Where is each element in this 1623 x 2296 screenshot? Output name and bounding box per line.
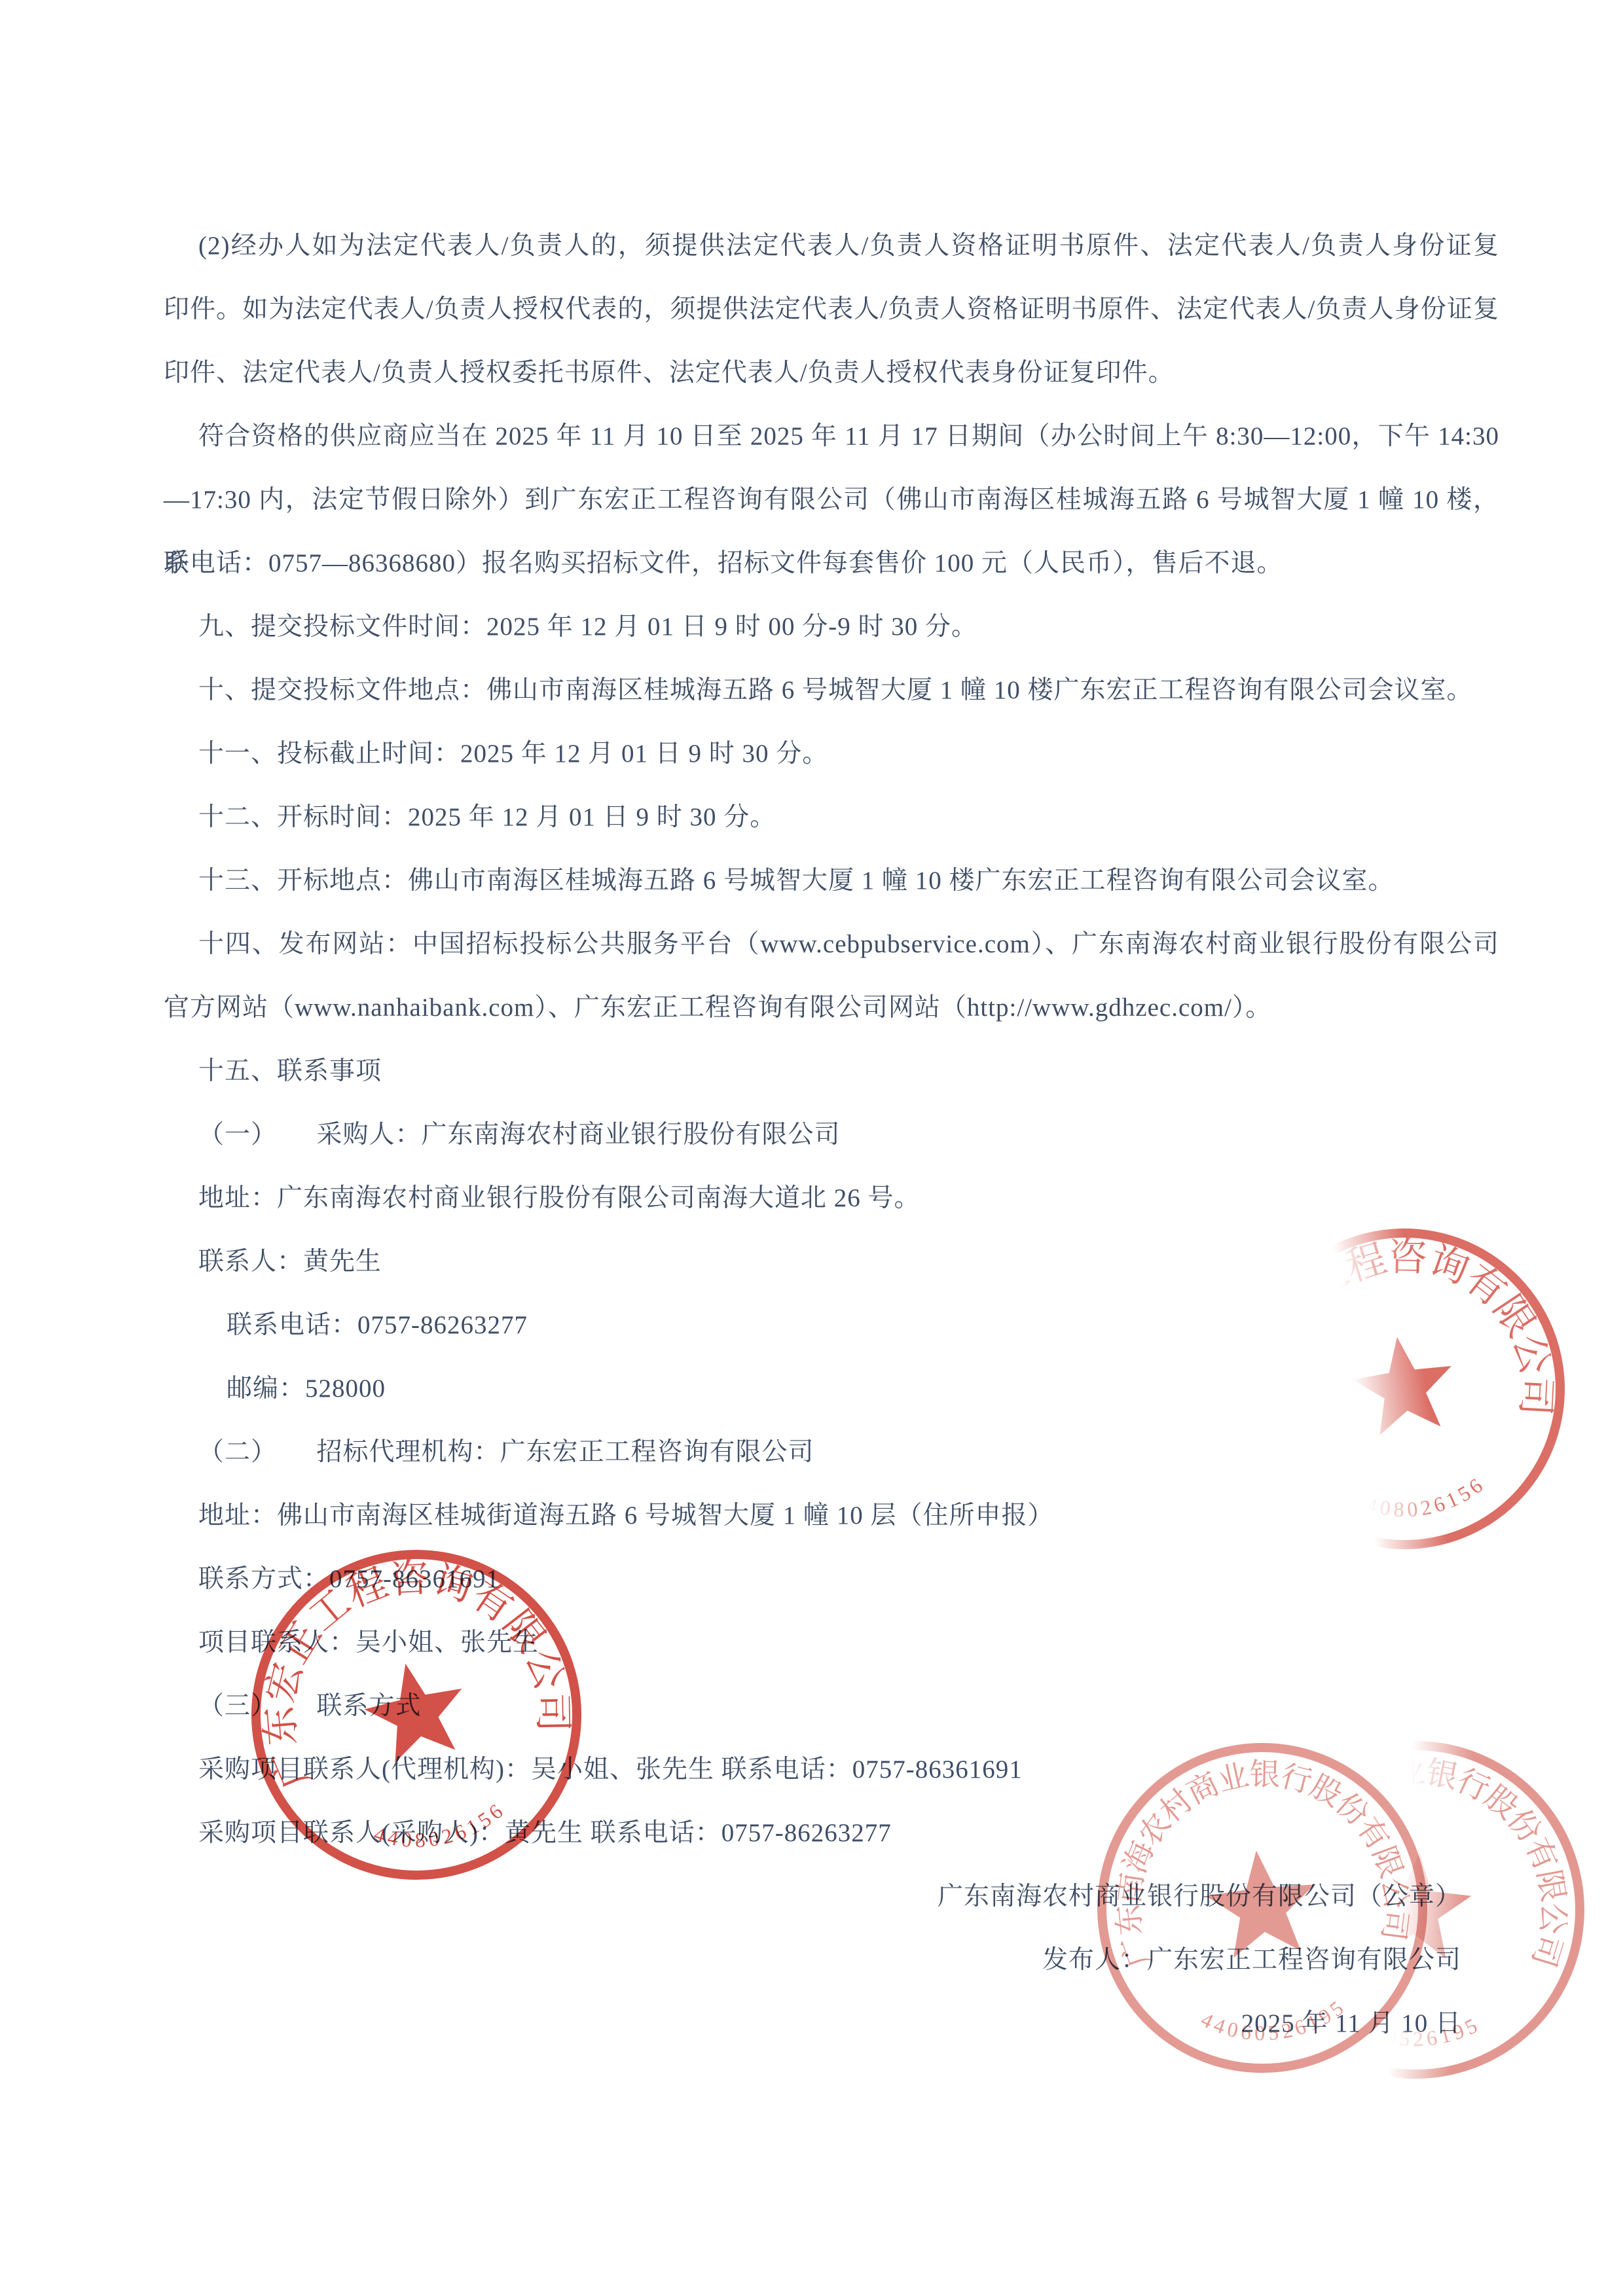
document-line: （一） 采购人：广东南海农村商业银行股份有限公司 bbox=[164, 1103, 1499, 1166]
document-line: 符合资格的供应商应当在 2025 年 11 月 10 日至 2025 年 11 … bbox=[164, 404, 1499, 468]
document-line: 2025 年 11 月 10 日 bbox=[164, 1992, 1499, 2055]
document-line: 地址：广东南海农村商业银行股份有限公司南海大道北 26 号。 bbox=[164, 1166, 1499, 1230]
document-line: 广东南海农村商业银行股份有限公司（公章） bbox=[164, 1865, 1499, 1928]
document-line: 联系方式：0757-86361691 bbox=[164, 1547, 1499, 1611]
document-line: 十、提交投标文件地点：佛山市南海区桂城海五路 6 号城智大厦 1 幢 10 楼广… bbox=[164, 658, 1499, 722]
document-line: 印件。如为法定代表人/负责人授权代表的，须提供法定代表人/负责人资格证明书原件、… bbox=[164, 278, 1499, 341]
document-line: （三） 联系方式 bbox=[164, 1674, 1499, 1738]
document-line: 地址：佛山市南海区桂城街道海五路 6 号城智大厦 1 幢 10 层（住所申报） bbox=[164, 1484, 1499, 1547]
document-line: 十四、发布网站：中国招标投标公共服务平台（www.cebpubservice.c… bbox=[164, 912, 1499, 976]
document-line: 联系人：黄先生 bbox=[164, 1230, 1499, 1293]
document-line: 采购项目联系人(代理机构)：吴小姐、张先生 联系电话：0757-86361691 bbox=[164, 1738, 1499, 1801]
document-line: 系电话：0757—86368680）报名购买招标文件，招标文件每套售价 100 … bbox=[164, 531, 1499, 595]
document-line: 联系电话：0757-86263277 bbox=[164, 1293, 1499, 1357]
document-line: 邮编：528000 bbox=[164, 1357, 1499, 1420]
document-line: 十三、开标地点：佛山市南海区桂城海五路 6 号城智大厦 1 幢 10 楼广东宏正… bbox=[164, 849, 1499, 912]
document-page: (2)经办人如为法定代表人/负责人的，须提供法定代表人/负责人资格证明书原件、法… bbox=[0, 0, 1623, 2296]
document-line: 十一、投标截止时间：2025 年 12 月 01 日 9 时 30 分。 bbox=[164, 722, 1499, 785]
document-line: 九、提交投标文件时间：2025 年 12 月 01 日 9 时 00 分-9 时… bbox=[164, 595, 1499, 658]
document-line: （二） 招标代理机构：广东宏正工程咨询有限公司 bbox=[164, 1420, 1499, 1484]
document-line: 项目联系人：吴小姐、张先生 bbox=[164, 1611, 1499, 1674]
document-line: 采购项目联系人(采购人)：黄先生 联系电话：0757-86263277 bbox=[164, 1801, 1499, 1865]
document-line: 十二、开标时间：2025 年 12 月 01 日 9 时 30 分。 bbox=[164, 785, 1499, 849]
document-line: 印件、法定代表人/负责人授权委托书原件、法定代表人/负责人授权代表身份证复印件。 bbox=[164, 341, 1499, 404]
document-line: (2)经办人如为法定代表人/负责人的，须提供法定代表人/负责人资格证明书原件、法… bbox=[164, 214, 1499, 278]
document-line: 官方网站（www.nanhaibank.com）、广东宏正工程咨询有限公司网站（… bbox=[164, 976, 1499, 1039]
document-line: —17:30 内，法定节假日除外）到广东宏正工程咨询有限公司（佛山市南海区桂城海… bbox=[164, 468, 1499, 531]
document-body: (2)经办人如为法定代表人/负责人的，须提供法定代表人/负责人资格证明书原件、法… bbox=[164, 214, 1499, 2055]
document-line: 发布人：广东宏正工程咨询有限公司 bbox=[164, 1928, 1499, 1992]
document-line: 十五、联系事项 bbox=[164, 1039, 1499, 1103]
